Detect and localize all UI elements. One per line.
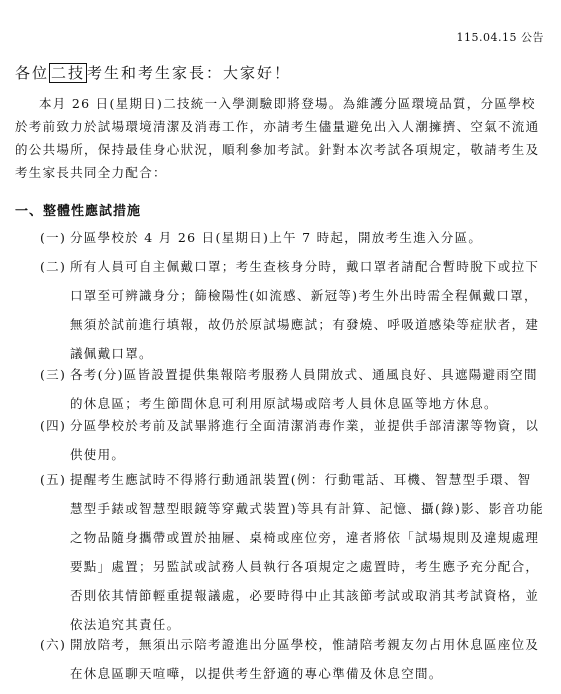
item-line: 無須於試前進行填報，故仍於原試場應試；有發燒、呼吸道感染等症狀者，建 (40, 310, 550, 339)
item-line: 各考(分)區皆設置提供集報陪考服務人員開放式、通風良好、具遮陽避雨空間 (70, 360, 538, 389)
section-title: 一、整體性應試措施 (15, 200, 141, 219)
item-line: 慧型手錶或智慧型眼鏡等穿戴式裝置)等具有計算、記憶、攝(錄)影、影音功能 (40, 494, 550, 523)
item-line: 在休息區聊天喧嘩，以提供考生舒適的專心準備及休息空間。 (40, 659, 550, 688)
item-line: 分區學校於 4 月 26 日(星期日)上午 7 時起，開放考生進入分區。 (70, 223, 482, 252)
greeting-suffix: 考生和考生家長：大家好！ (87, 64, 291, 82)
item-line: 分區學校於考前及試畢將進行全面清潔消毒作業，並提供手部清潔等物資，以 (70, 411, 539, 440)
intro-line: 考生家長共同全力配合： (15, 161, 545, 184)
item-line: 開放陪考，無須出示陪考證進出分區學校，惟請陪考親友勿占用休息區座位及 (70, 630, 539, 659)
list-item: (一)分區學校於 4 月 26 日(星期日)上午 7 時起，開放考生進入分區。 (40, 223, 550, 252)
list-item: (四)分區學校於考前及試畢將進行全面清潔消毒作業，並提供手部清潔等物資，以 供使… (40, 411, 550, 469)
item-line: 所有人員可自主佩戴口罩；考生查核身分時，戴口罩者請配合暫時脫下或拉下 (70, 252, 539, 281)
list-item: (五)提醒考生應試時不得將行動通訊裝置(例：行動電話、耳機、智慧型手環、智 慧型… (40, 465, 550, 639)
item-line: 要點」處置；另監試或試務人員執行各項規定之處置時，考生應予充分配合， (40, 552, 550, 581)
item-number: (四) (40, 411, 70, 440)
greeting-prefix: 各位 (15, 64, 49, 82)
item-number: (二) (40, 252, 70, 281)
intro-line: 的公共場所，保持最佳身心狀況，順利參加考試。針對本次考試各項規定，敬請考生及 (15, 138, 545, 161)
item-number: (六) (40, 630, 70, 659)
item-number: (一) (40, 223, 70, 252)
item-line: 之物品隨身攜帶或置於抽屜、桌椅或座位旁，違者將依「試場規則及違規處理 (40, 523, 550, 552)
intro-line: 本月 26 日(星期日)二技統一入學測驗即將登場。為維護分區環境品質，分區學校 (15, 92, 545, 115)
list-item: (二)所有人員可自主佩戴口罩；考生查核身分時，戴口罩者請配合暫時脫下或拉下 口罩… (40, 252, 550, 368)
list-item: (三)各考(分)區皆設置提供集報陪考服務人員開放式、通風良好、具遮陽避雨空間 的… (40, 360, 550, 418)
item-number: (五) (40, 465, 70, 494)
boxed-exam-type: 二技 (49, 63, 87, 83)
greeting-heading: 各位二技考生和考生家長：大家好！ (15, 62, 291, 83)
item-line: 否則依其情節輕重提報議處，必要時得中止其該節考試或取消其考試資格，並 (40, 581, 550, 610)
intro-paragraph: 本月 26 日(星期日)二技統一入學測驗即將登場。為維護分區環境品質，分區學校 … (15, 92, 545, 184)
item-line: 口罩至可辨識身分；篩檢陽性(如流感、新冠等)考生外出時需全程佩戴口罩， (40, 281, 550, 310)
announcement-date: 115.04.15 公告 (457, 29, 544, 45)
item-number: (三) (40, 360, 70, 389)
list-item: (六)開放陪考，無須出示陪考證進出分區學校，惟請陪考親友勿占用休息區座位及 在休… (40, 630, 550, 688)
intro-line: 於考前致力於試場環境清潔及消毒工作，亦請考生儘量避免出入人潮擁擠、空氣不流通 (15, 115, 545, 138)
item-line: 提醒考生應試時不得將行動通訊裝置(例：行動電話、耳機、智慧型手環、智 (70, 465, 532, 494)
